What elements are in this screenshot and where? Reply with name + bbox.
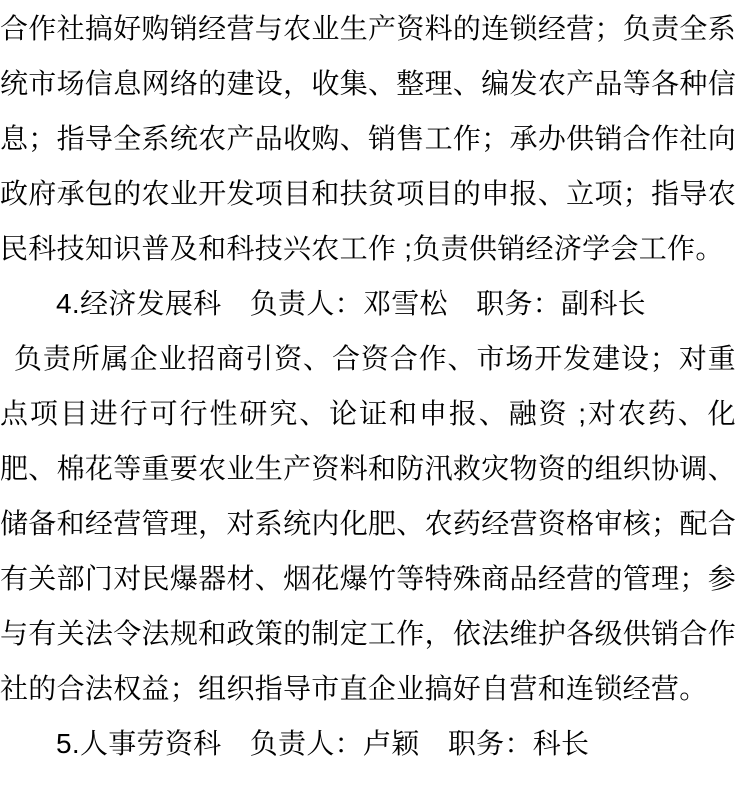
document-page: 合作社搞好购销经营与农业生产资料的连锁经营；负责全系统市场信息网络的建设，收集、… [0, 0, 736, 803]
section-heading-5: 5.人事劳资科 负责人：卢颖 职务：科长 [0, 716, 736, 771]
body-paragraph-section-4: 负责所属企业招商引资、合资合作、市场开发建设；对重点项目进行可行性研究、论证和申… [0, 331, 736, 716]
body-paragraph-continuation: 合作社搞好购销经营与农业生产资料的连锁经营；负责全系统市场信息网络的建设，收集、… [0, 1, 736, 276]
section-heading-4: 4.经济发展科 负责人：邓雪松 职务：副科长 [0, 276, 736, 331]
